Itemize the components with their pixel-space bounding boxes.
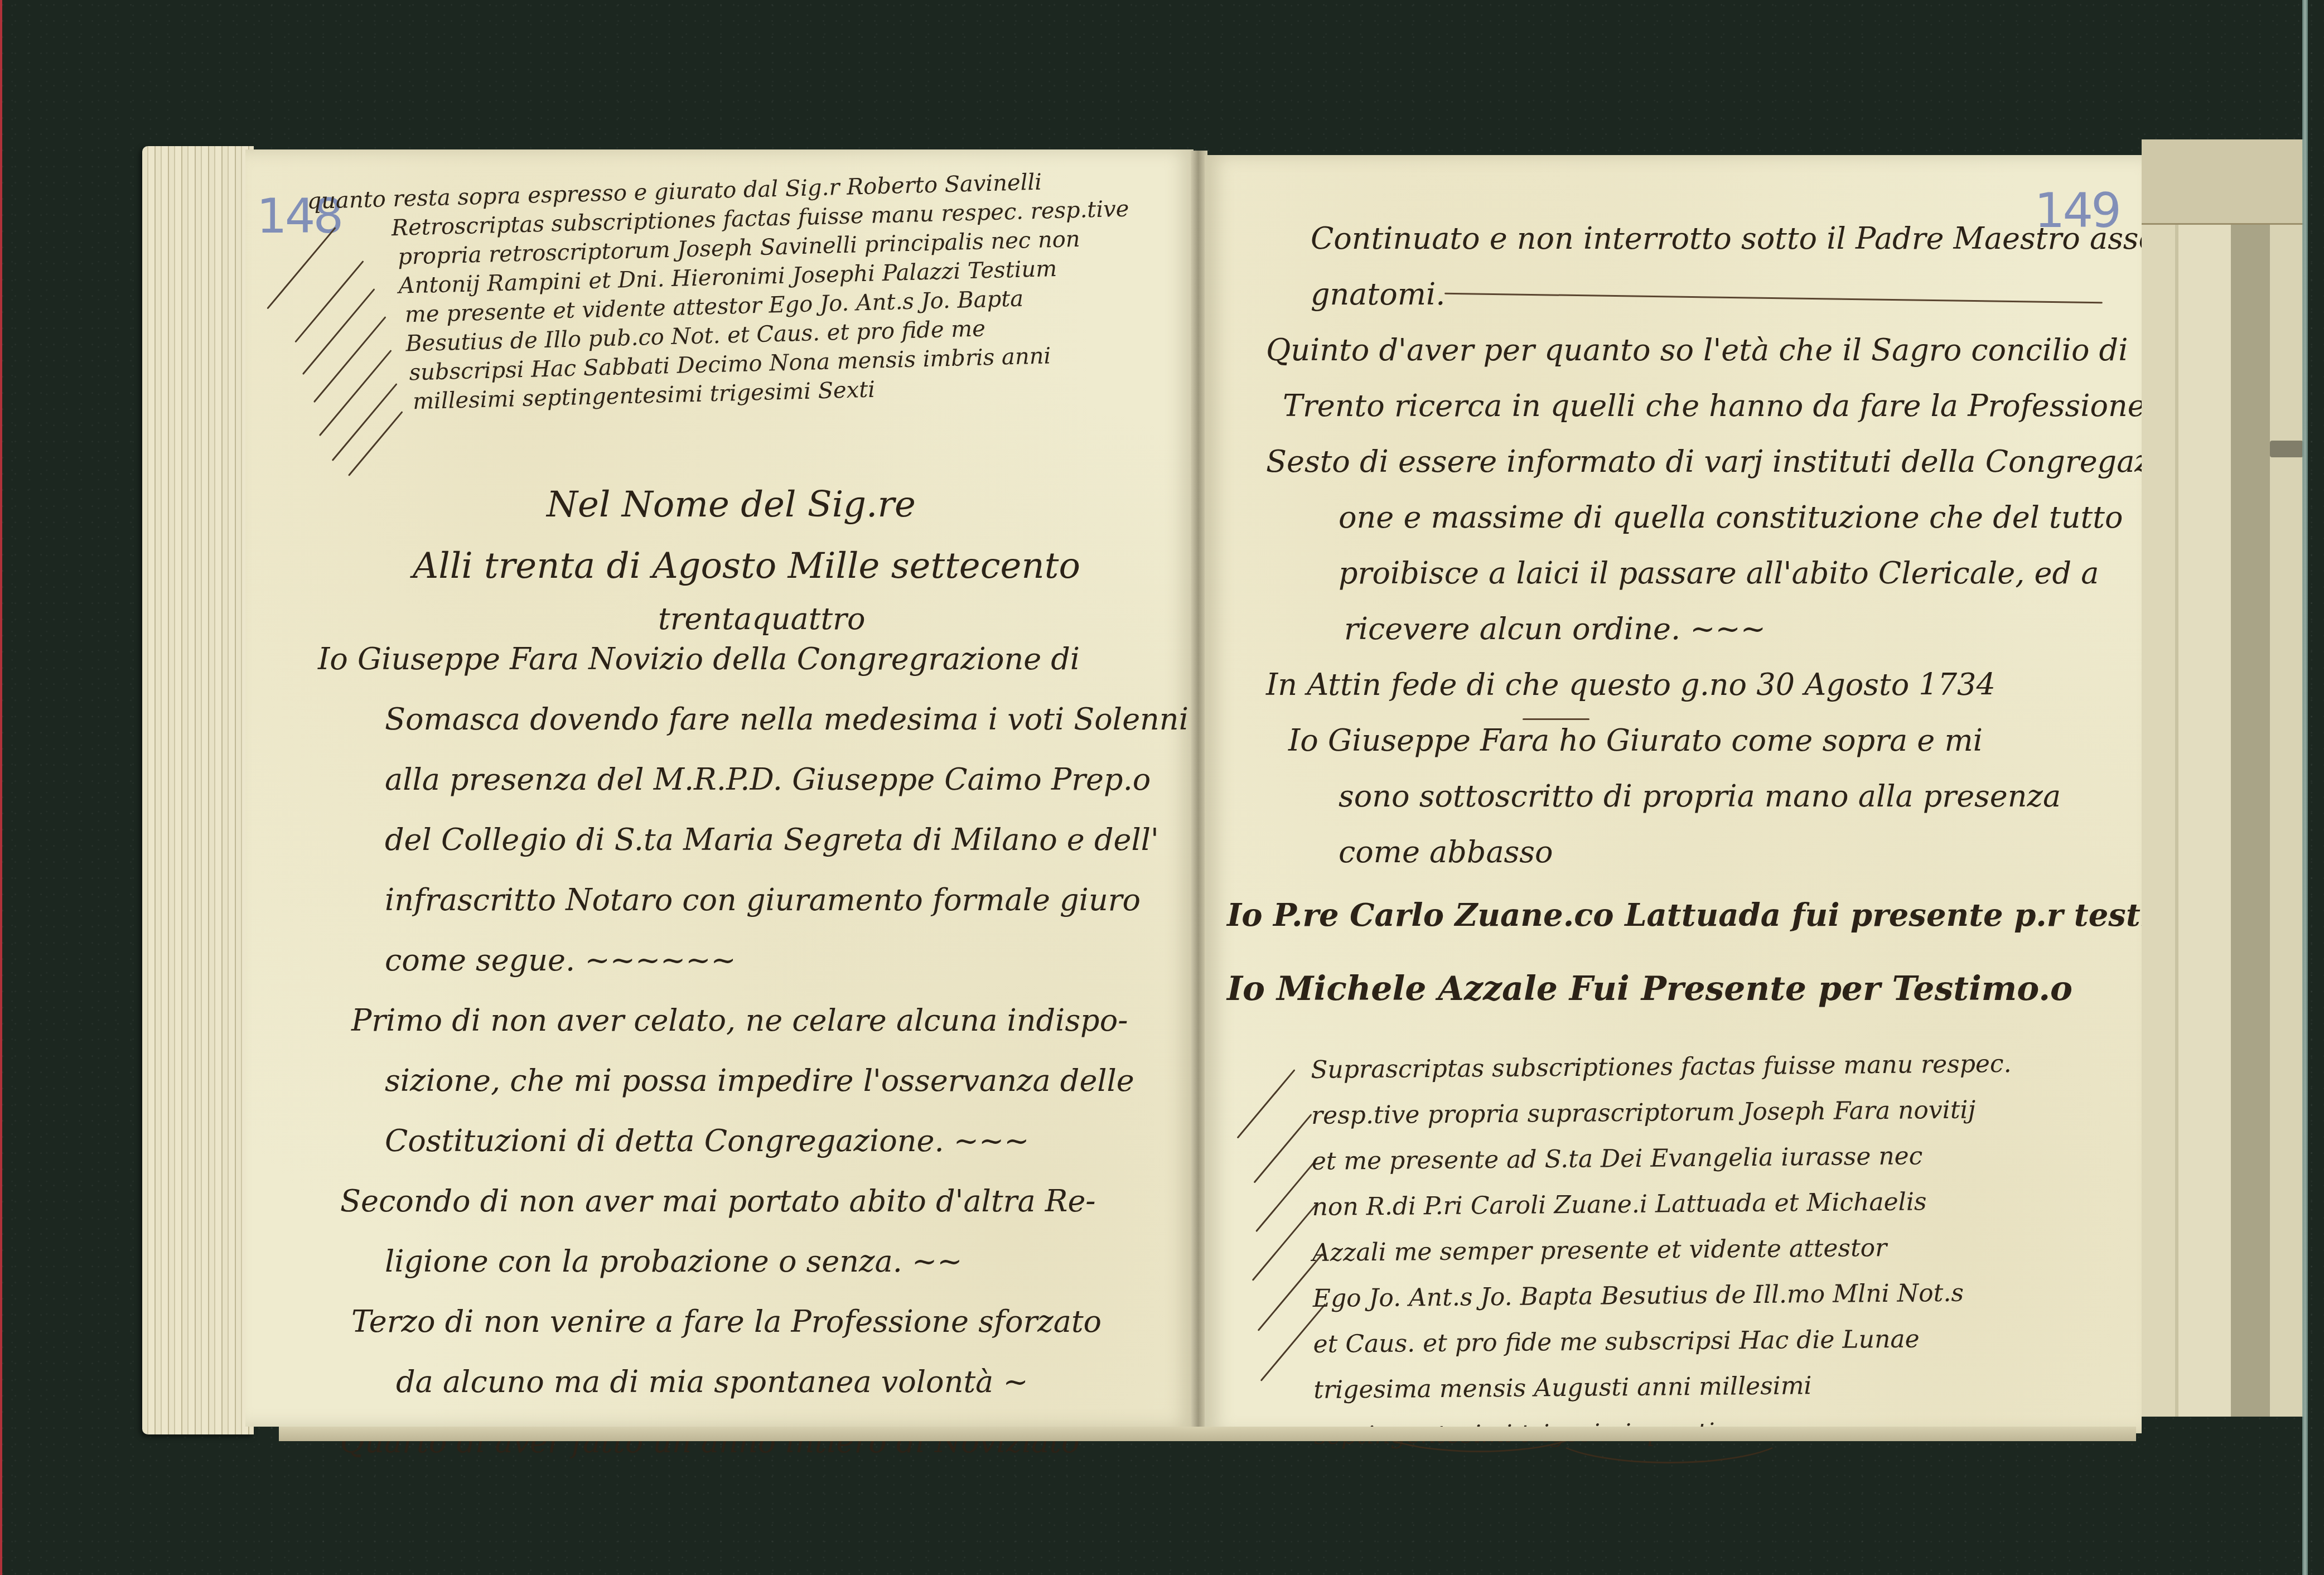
body-line: Io Giuseppe Fara Novizio della Congregra… — [318, 629, 1188, 689]
body-line: Trento ricerca in quelli che hanno da fa… — [1266, 378, 2170, 434]
body-line: Sesto di essere informato di varj instit… — [1266, 434, 2170, 490]
body-line: ricevere alcun ordine. ~~~ — [1266, 601, 2170, 657]
body-line: infrascritto Notaro con giuramento forma… — [318, 870, 1188, 930]
body-line: proibisce a laici il passare all'abito C… — [1266, 545, 2170, 601]
body-line: Costituzioni di detta Congregazione. ~~~ — [318, 1111, 1188, 1171]
book-bottom-edge — [279, 1427, 2136, 1441]
body-line: come segue. ~~~~~~ — [318, 930, 1188, 991]
body-line: del Collegio di S.ta Maria Segreta di Mi… — [318, 810, 1188, 870]
oath-body-left: Io Giuseppe Fara Novizio della Congregra… — [318, 629, 1188, 1472]
body-line: da alcuno ma di mia spontanea volontà ~ — [318, 1352, 1188, 1412]
body-line: one e massime di quella constituzione ch… — [1266, 490, 2170, 545]
body-line: Quinto d'aver per quanto so l'età che il… — [1266, 322, 2170, 378]
body-line: Terzo di non venire a fare la Profession… — [318, 1292, 1188, 1352]
note-line: Suprascriptas subscriptiones factas fuis… — [1311, 1041, 2012, 1093]
body-line: Somasca dovendo fare nella medesima i vo… — [318, 689, 1188, 750]
glass-weight-rod — [2302, 0, 2308, 1575]
body-line: In Attin fede di che questo g.no 30 Agos… — [1266, 657, 2170, 713]
strikethrough — [1523, 718, 1589, 720]
body-line: come abbasso — [1266, 824, 2170, 880]
body-line: ligione con la probazione o senza. ~~ — [318, 1231, 1188, 1292]
body-line: Primo di non aver celato, ne celare alcu… — [318, 991, 1188, 1051]
note-line: et me presente ad S.ta Dei Evangelia iur… — [1311, 1133, 2012, 1185]
note-line: et Caus. et pro fide me subscripsi Hac d… — [1313, 1316, 2014, 1368]
oath-body-right: Continuato e non interrotto sotto il Pad… — [1266, 211, 2170, 880]
body-line: Secondo di non aver mai portato abito d'… — [318, 1171, 1188, 1231]
left-page: 148 quanto resta sopra espresso e giurat… — [245, 149, 1194, 1427]
body-line: Continuato e non interrotto sotto il Pad… — [1266, 211, 2170, 267]
ink-stain — [2270, 441, 2303, 457]
body-line: gnatomi. — [1266, 267, 2170, 322]
body-line: sono sottoscritto di propria mano alla p… — [1266, 769, 2170, 824]
heading-line-2: Alli trenta di Agosto Mille settecento — [413, 545, 1080, 587]
signature-witness-2: Io Michele Azzale Fui Presente per Testi… — [1227, 969, 2072, 1008]
heading-line-1: Nel Nome del Sig.re — [547, 484, 916, 525]
hatch-stroke — [1237, 1069, 1296, 1138]
right-page: 149 Continuato e non interrotto sotto il… — [1205, 155, 2142, 1433]
body-line: Io Giuseppe Fara ho Giurato come sopra e… — [1266, 713, 2170, 769]
note-line: non R.di P.ri Caroli Zuane.i Lattuada et… — [1312, 1178, 2013, 1230]
body-line: Quarto di aver fatto un anno intiero di … — [318, 1412, 1188, 1472]
signature-witness-1: Io P.re Carlo Zuane.co Lattuada fui pres… — [1227, 897, 2262, 934]
torn-edge — [2142, 139, 2303, 225]
note-line: resp.tive propria suprascriptorum Joseph… — [1311, 1087, 2012, 1139]
note-line: Azzali me semper presente et vidente att… — [1312, 1224, 2013, 1276]
inserted-vellum-slips — [2142, 139, 2303, 1417]
note-line: Ego Jo. Ant.s Jo. Bapta Besutius de Ill.… — [1313, 1270, 2014, 1322]
body-line: alla presenza del M.R.P.D. Giuseppe Caim… — [318, 750, 1188, 810]
body-line: sizione, che mi possa impedire l'osserva… — [318, 1051, 1188, 1111]
left-page-stack — [142, 146, 254, 1434]
hatch-stroke — [348, 411, 403, 476]
image-border — [0, 0, 2, 1575]
